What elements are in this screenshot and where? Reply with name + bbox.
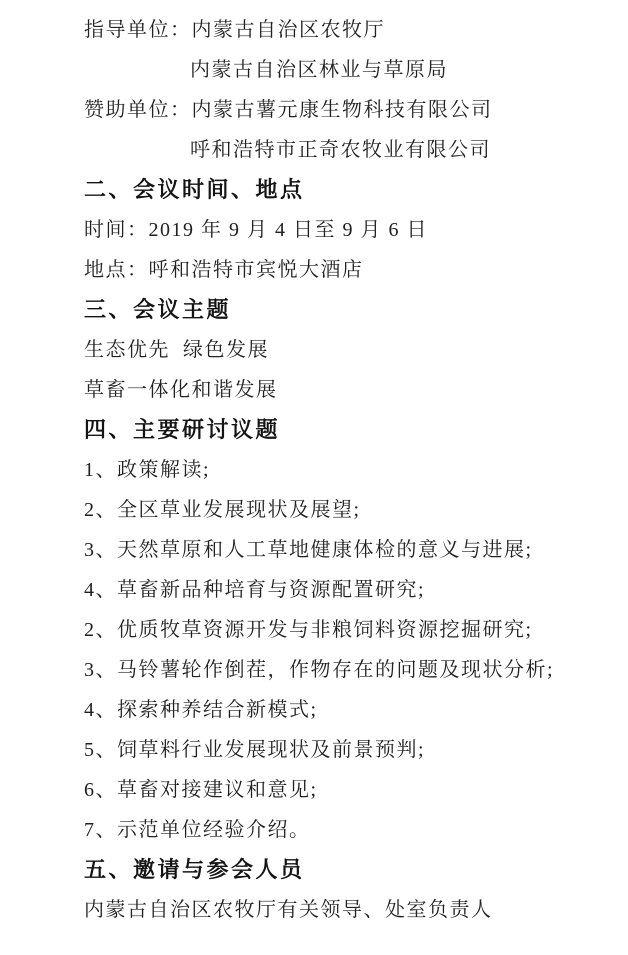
section-heading-theme: 三、会议主题 [84, 290, 610, 330]
meeting-location-line: 地点：呼和浩特市宾悦大酒店 [84, 250, 610, 290]
topic-item-5: 2、优质牧草资源开发与非粮饲料资源挖掘研究; [84, 610, 610, 650]
topic-item-6: 3、马铃薯轮作倒茬，作物存在的问题及现状分析; [84, 650, 610, 690]
organizer-guidance-line: 指导单位：内蒙古自治区农牧厅 [84, 10, 610, 50]
section-heading-topics: 四、主要研讨议题 [84, 410, 610, 450]
topic-item-7: 4、探索种养结合新模式; [84, 690, 610, 730]
topic-item-1: 1、政策解读; [84, 450, 610, 490]
topic-item-2: 2、全区草业发展现状及展望; [84, 490, 610, 530]
sponsor-line: 赞助单位：内蒙古薯元康生物科技有限公司 [84, 90, 610, 130]
section-heading-attendees: 五、邀请与参会人员 [84, 850, 610, 890]
organizer-guidance-line-2: 内蒙古自治区林业与草原局 [84, 50, 610, 90]
attendees-line: 内蒙古自治区农牧厅有关领导、处室负责人 [84, 890, 610, 930]
section-heading-time-location: 二、会议时间、地点 [84, 170, 610, 210]
topic-item-10: 7、示范单位经验介绍。 [84, 810, 610, 850]
meeting-time-line: 时间：2019 年 9 月 4 日至 9 月 6 日 [84, 210, 610, 250]
sponsor-line-2: 呼和浩特市正奇农牧业有限公司 [84, 130, 610, 170]
topic-item-4: 4、草畜新品种培育与资源配置研究; [84, 570, 610, 610]
theme-line-2: 草畜一体化和谐发展 [84, 370, 610, 410]
theme-line-1: 生态优先 绿色发展 [84, 330, 610, 370]
document-page: 指导单位：内蒙古自治区农牧厅 内蒙古自治区林业与草原局 赞助单位：内蒙古薯元康生… [0, 0, 628, 955]
topic-item-8: 5、饲草料行业发展现状及前景预判; [84, 730, 610, 770]
topic-item-9: 6、草畜对接建议和意见; [84, 770, 610, 810]
topic-item-3: 3、天然草原和人工草地健康体检的意义与进展; [84, 530, 610, 570]
